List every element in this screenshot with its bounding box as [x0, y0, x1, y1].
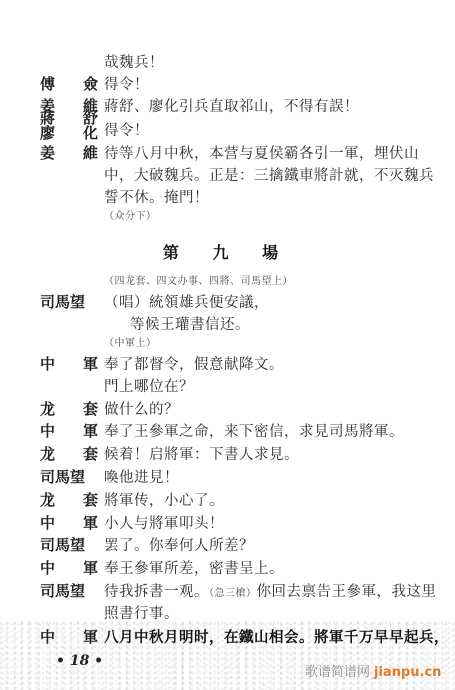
speaker-name: 司馬望	[40, 580, 98, 601]
dialogue-line: 做什么的？	[104, 398, 179, 419]
speaker-char: 姜	[40, 142, 55, 163]
watermark-cn: 歌谱简谱网	[305, 665, 370, 680]
dialogue-line: 中，大破魏兵。正是：三擒鐵車將計就，不灭魏兵	[104, 164, 434, 185]
dialogue-line: 小人与將軍叩头！	[104, 512, 224, 533]
dialogue-line: 待我拆書一观。（急三槍）你回去禀告王參軍，我这里	[104, 580, 437, 601]
dialogue-text: 你回去禀告王參軍，我这里	[257, 584, 437, 600]
speaker-char: 軍	[83, 512, 98, 533]
dialogue-line: 奉了王參軍之命，来下密信，求見司馬將軍。	[104, 420, 404, 441]
speaker-name: 中 軍	[40, 420, 98, 441]
speaker-row: 廖 化	[40, 126, 98, 141]
speaker-name: 司馬望	[40, 466, 98, 487]
speaker-name: 傅 僉	[40, 73, 98, 94]
dialogue-line: 喚他进見！	[104, 466, 179, 487]
speaker-char: 套	[83, 398, 98, 419]
speaker-char: 維	[83, 142, 98, 163]
speaker-name: 龙 套	[40, 443, 98, 464]
stage-direction: （中軍上）	[104, 334, 157, 349]
speaker-name: 中 軍	[40, 512, 98, 533]
dialogue-line: 得令！	[104, 73, 149, 94]
scene-heading: 第 九 場	[0, 240, 455, 263]
speaker-char: 中	[40, 353, 55, 374]
dialogue-line: 將軍传，小心了。	[104, 489, 224, 510]
speaker-name-stacked: 蔣 舒 廖 化	[40, 111, 98, 141]
speaker-char: 龙	[40, 398, 55, 419]
music-cue: （急三槍）	[209, 588, 257, 599]
dialogue-line: 候着！启將軍：下書人求見。	[104, 443, 299, 464]
dialogue-line: 得令！	[104, 119, 149, 140]
dialogue-line: 哉魏兵！	[104, 51, 164, 72]
speaker-name: 司馬望	[40, 291, 98, 312]
speaker-name: 龙 套	[40, 398, 98, 419]
speaker-char: 軍	[83, 420, 98, 441]
stage-direction: （四龙套、四文办事、四將、司馬望上）	[104, 272, 293, 287]
dialogue-line: （唱）統領雄兵便安議，	[104, 291, 269, 312]
speaker-char: 僉	[83, 73, 98, 94]
speaker-char: 中	[40, 512, 55, 533]
dialogue-line: 奉了都督令，假意献降文。	[104, 353, 284, 374]
speaker-char: 套	[83, 443, 98, 464]
dialogue-text: 待我拆書一观。	[104, 584, 209, 600]
dialogue-line: 罢了。你奉何人所差？	[104, 534, 254, 555]
dialogue-line: 奉王參軍所差，密書呈上。	[104, 557, 284, 578]
speaker-name: 中 軍	[40, 557, 98, 578]
dialogue-line: 門上哪位在？	[104, 375, 194, 396]
speaker-name: 龙 套	[40, 489, 98, 510]
speaker-char: 軍	[83, 557, 98, 578]
watermark-latin: jianpu.cn	[374, 665, 441, 680]
speaker-char: 化	[83, 126, 98, 141]
stage-direction: （众分下）	[104, 207, 157, 222]
speaker-char: 龙	[40, 489, 55, 510]
speaker-char: 傅	[40, 73, 55, 94]
document-page: 哉魏兵！ 傅 僉 得令！ 姜 維 蔣舒、廖化引兵直取祁山，不得有誤！ 蔣 舒 廖…	[0, 0, 455, 690]
dialogue-line: 等候王瓘書信还。	[130, 313, 250, 334]
speaker-char: 廖	[40, 126, 55, 141]
speaker-name: 中 軍	[40, 353, 98, 374]
dialogue-line: 待等八月中秋，本营与夏侯霸各引一軍，埋伏山	[104, 142, 419, 163]
speaker-char: 軍	[83, 353, 98, 374]
speaker-name: 姜 維	[40, 142, 98, 163]
speaker-name: 司馬望	[40, 534, 98, 555]
dialogue-line: 蔣舒、廖化引兵直取祁山，不得有誤！	[104, 95, 359, 116]
dialogue-line: 誓不休。掩門！	[104, 186, 209, 207]
speaker-char: 套	[83, 489, 98, 510]
speaker-char: 中	[40, 557, 55, 578]
speaker-char: 中	[40, 420, 55, 441]
watermark: 歌谱简谱网jianpu.cn	[305, 661, 441, 680]
page-number: • 18 •	[56, 653, 103, 669]
speaker-char: 龙	[40, 443, 55, 464]
